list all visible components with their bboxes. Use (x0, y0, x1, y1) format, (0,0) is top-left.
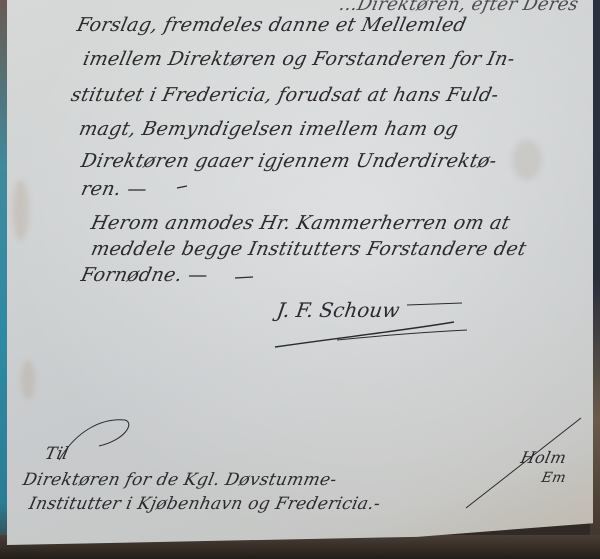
margin-note-line: Holm (519, 448, 568, 467)
body-line: meddele begge Institutters Forstandere d… (89, 238, 528, 260)
margin-note-line: Em (540, 470, 568, 486)
address-prefix: Til (43, 444, 70, 464)
body-line: …Direktøren, efter Deres (337, 0, 580, 15)
stain (21, 360, 35, 400)
body-line: magt, Bemyndigelsen imellem ham og (77, 118, 460, 140)
body-line: Direktøren gaaer igjennem Underdirektø- (79, 150, 499, 172)
letter-page: …Direktøren, efter Deres Forslag, fremde… (7, 0, 593, 545)
address-line: Direktøren for de Kgl. Døvstumme- (21, 470, 339, 490)
body-line: ren. — (79, 178, 149, 200)
stain (512, 140, 542, 180)
signature: J. F. Schouw (275, 298, 401, 322)
address-line: Institutter i Kjøbenhavn og Fredericia.- (27, 494, 382, 514)
body-line: Forslag, fremdeles danne et Mellemled (75, 14, 469, 36)
body-line: Fornødne. — (79, 264, 210, 286)
body-line: Herom anmodes Hr. Kammerherren om at (89, 212, 512, 234)
body-line: stitutet i Fredericia, forudsat at hans … (69, 84, 501, 106)
body-line: imellem Direktøren og Forstanderen for I… (81, 48, 517, 70)
stain (13, 180, 29, 240)
